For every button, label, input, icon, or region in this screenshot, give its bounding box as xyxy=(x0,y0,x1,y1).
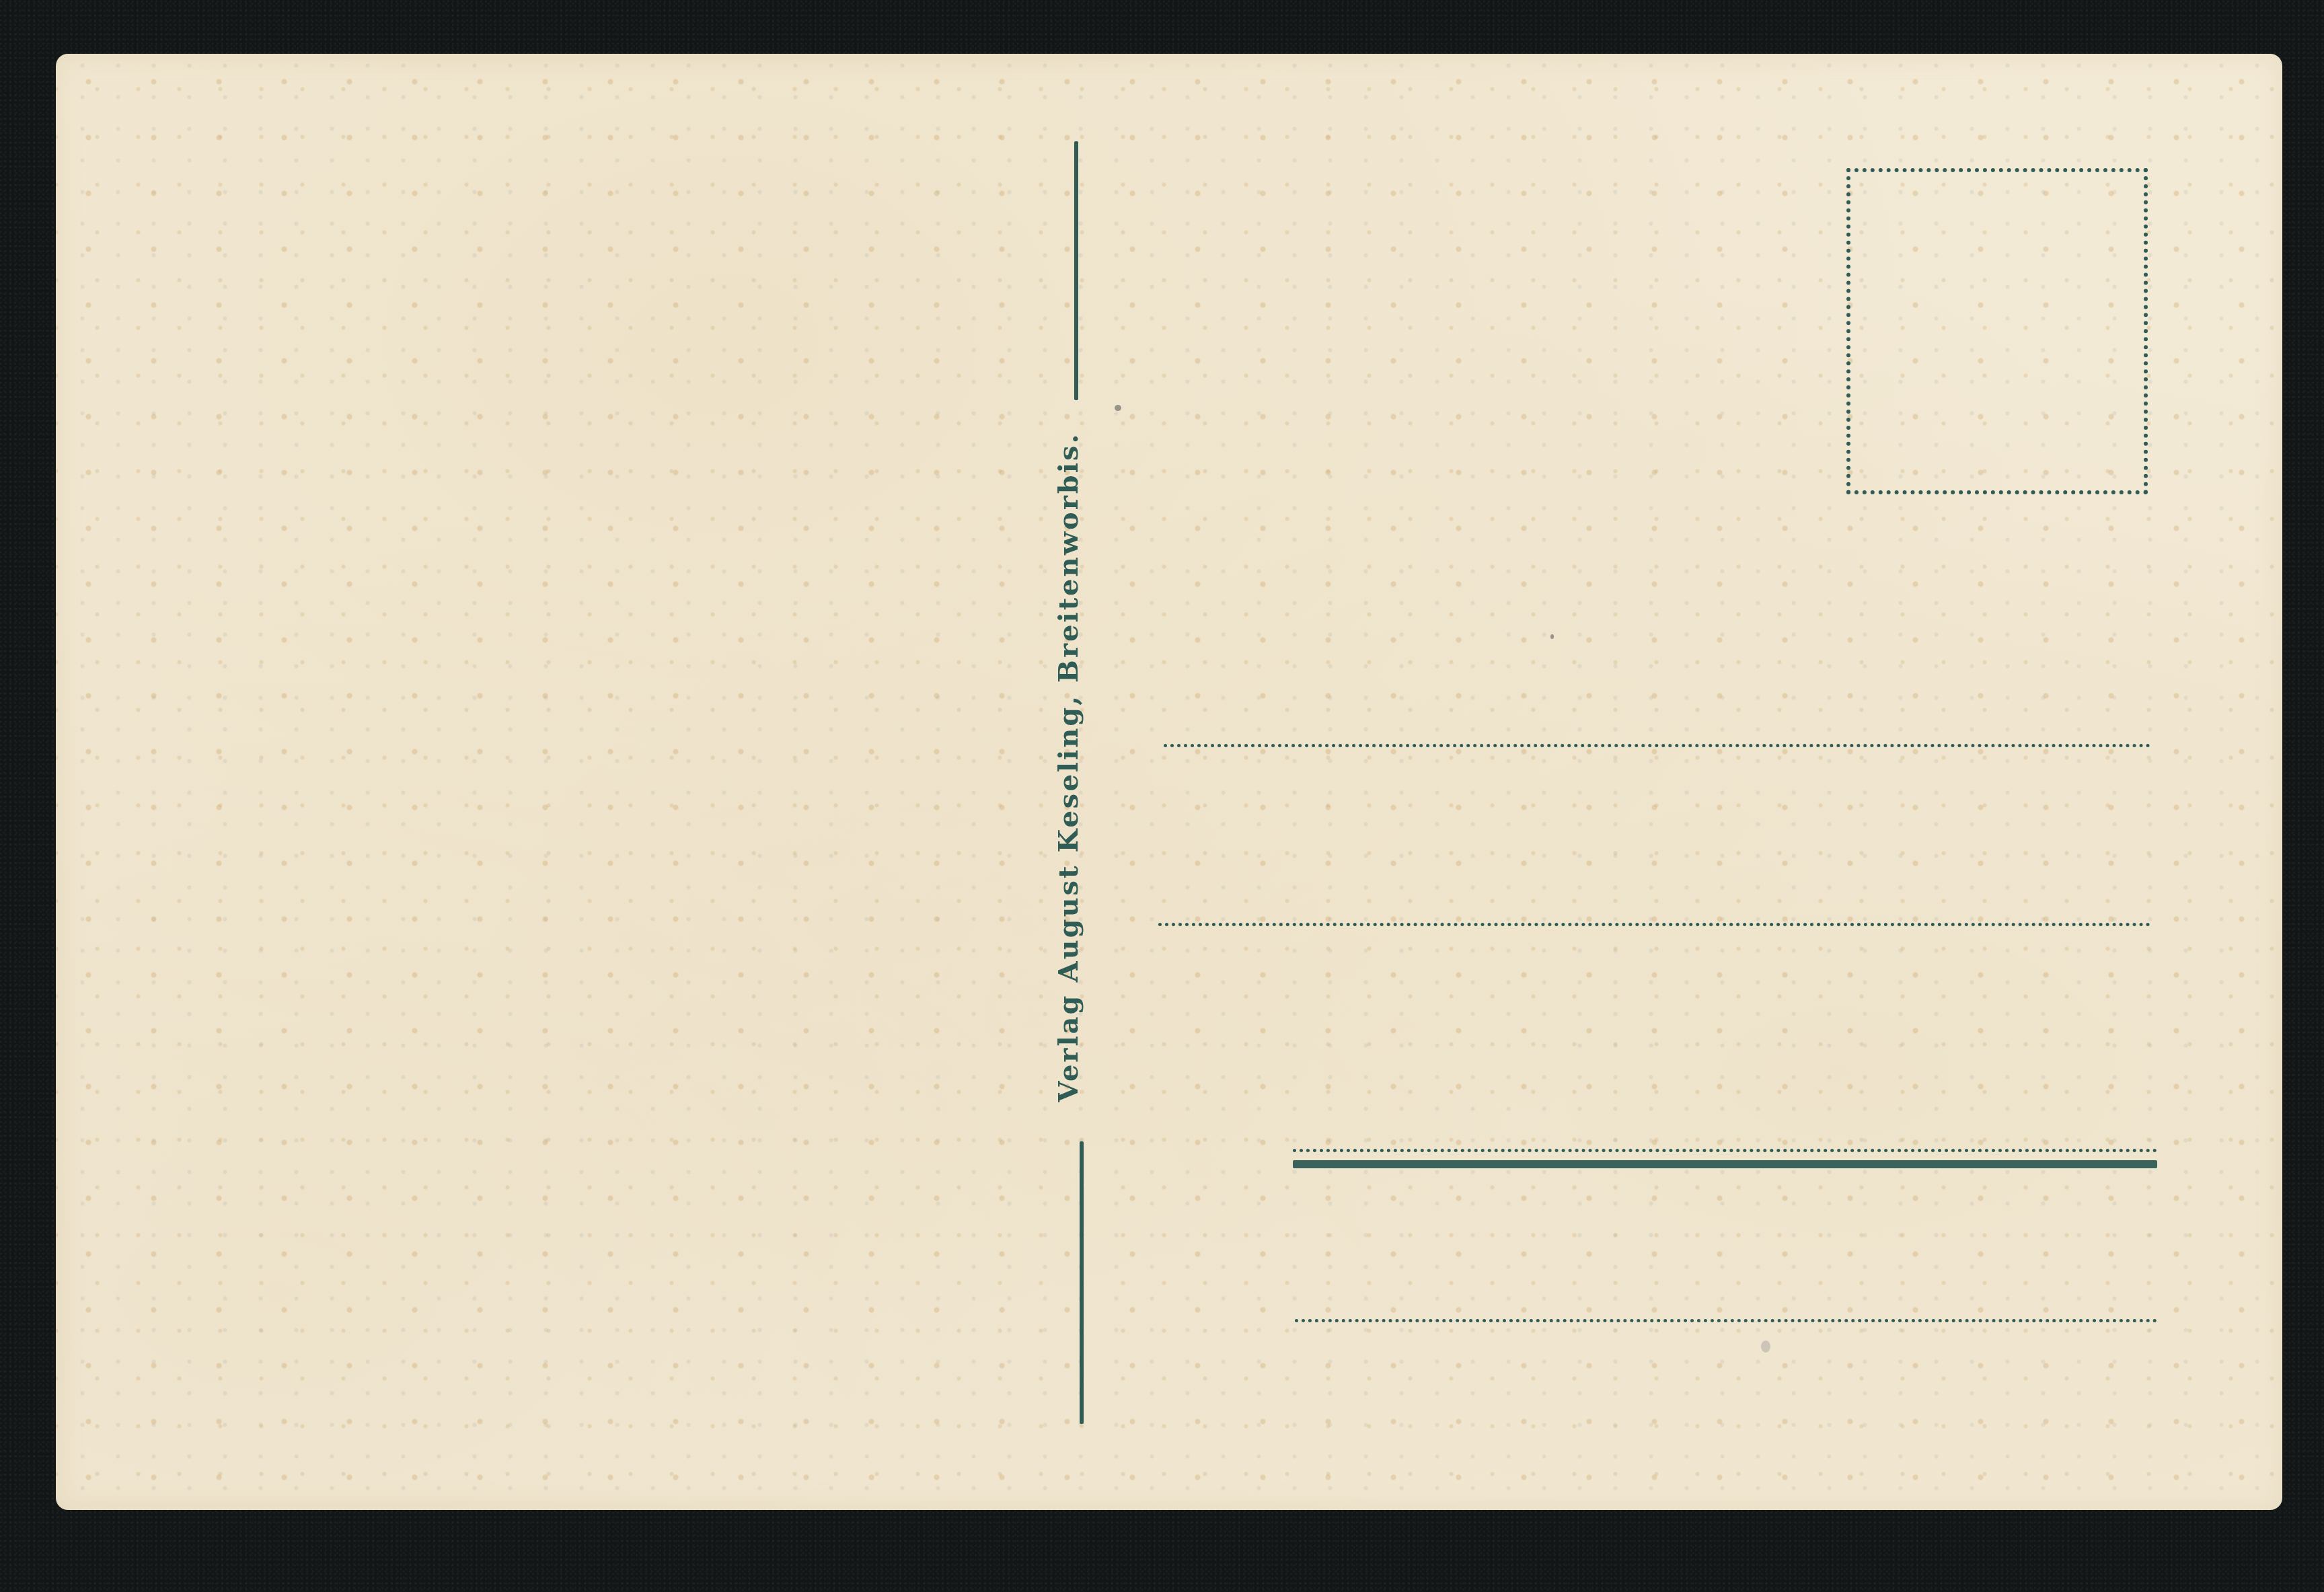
divider-line-top xyxy=(1074,141,1078,400)
ink-speck xyxy=(1550,634,1554,639)
address-line-4 xyxy=(1295,1319,2157,1322)
publisher-imprint: Verlag August Keseling, Breitenworbis. xyxy=(1055,397,1083,1137)
publisher-imprint-text: Verlag August Keseling, Breitenworbis. xyxy=(1053,432,1085,1102)
ink-speck xyxy=(1115,405,1121,411)
address-line-1 xyxy=(1164,744,2150,747)
ink-speck xyxy=(1761,1340,1770,1353)
address-line-3 xyxy=(1293,1149,2157,1152)
address-line-2 xyxy=(1158,923,2150,926)
divider-line-bottom xyxy=(1080,1141,1084,1424)
stamp-box xyxy=(1846,168,2148,494)
address-line-3-bar xyxy=(1293,1160,2157,1168)
